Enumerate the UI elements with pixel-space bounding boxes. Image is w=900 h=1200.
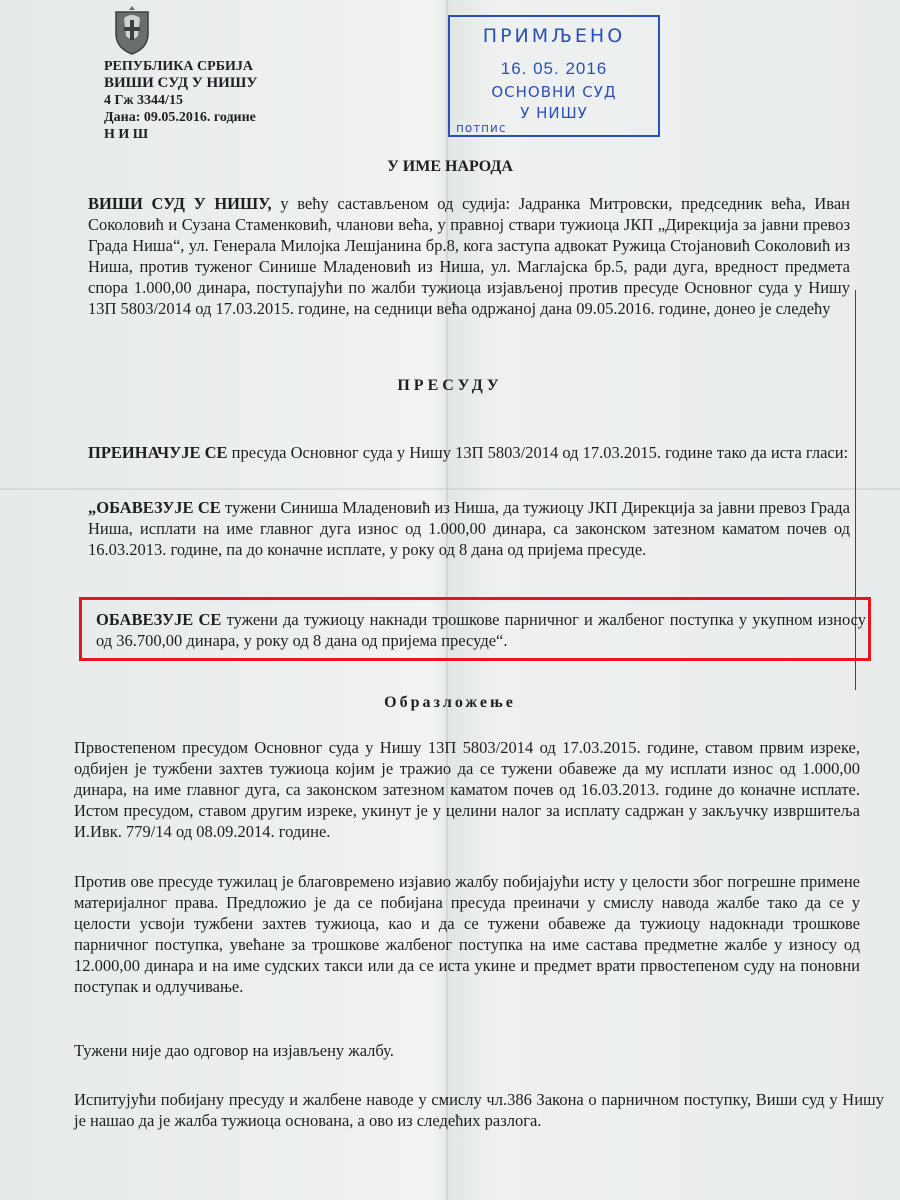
received-stamp: ПРИМЉЕНО 16. 05. 2016 ОСНОВНИ СУД У НИШУ…	[448, 15, 660, 137]
intro-paragraph: ВИШИ СУД У НИШУ, у већу састављеном од с…	[88, 193, 850, 319]
stamp-court-line2: У НИШУ	[450, 106, 658, 121]
document-date: Дана: 09.05.2016. године	[104, 109, 257, 126]
city-name: Н И Ш	[104, 126, 257, 143]
reasoning-paragraph-3: Тужени није дао одговор на изјављену жал…	[74, 1040, 860, 1061]
court-name: ВИШИ СУД У НИШУ	[104, 75, 257, 92]
paper-fold-horizontal	[0, 488, 900, 490]
court-header: РЕПУБЛИКА СРБИЈА ВИШИ СУД У НИШУ 4 Гж 33…	[104, 58, 257, 143]
verdict-p1-text: пресуда Основног суда у Нишу 13П 5803/20…	[228, 443, 849, 462]
reasoning-paragraph-2: Против ове пресуде тужилац је благовреме…	[74, 871, 860, 997]
court-document-page: РЕПУБЛИКА СРБИЈА ВИШИ СУД У НИШУ 4 Гж 33…	[0, 0, 900, 1200]
verdict-p2-lead: „ОБАВЕЗУЈЕ СЕ	[88, 498, 221, 517]
verdict-paragraph-3: ОБАВЕЗУЈЕ СЕ тужени да тужиоцу накнади т…	[96, 609, 866, 651]
intro-lead: ВИШИ СУД У НИШУ,	[88, 194, 272, 213]
stamp-court-line1: ОСНОВНИ СУД	[450, 85, 658, 100]
verdict-p3-lead: ОБАВЕЗУЈЕ СЕ	[96, 610, 221, 629]
stamp-signature-label: потпис	[456, 121, 506, 135]
verdict-heading: ПРЕСУДУ	[0, 377, 900, 395]
verdict-paragraph-2: „ОБАВЕЗУЈЕ СЕ тужени Синиша Младеновић и…	[88, 497, 850, 560]
serbian-coat-of-arms-icon	[112, 6, 152, 56]
verdict-p1-lead: ПРЕИНАЧУЈЕ СЕ	[88, 443, 228, 462]
stamp-date: 16. 05. 2016	[450, 59, 658, 79]
verdict-paragraph-1: ПРЕИНАЧУЈЕ СЕ пресуда Основног суда у Ни…	[88, 442, 850, 463]
intro-heading: У ИМЕ НАРОДА	[0, 158, 900, 176]
case-number: 4 Гж 3344/15	[104, 92, 257, 109]
reasoning-heading: Образложење	[0, 694, 900, 712]
reasoning-paragraph-4: Испитујући побијану пресуду и жалбене на…	[74, 1089, 884, 1131]
country-name: РЕПУБЛИКА СРБИЈА	[104, 58, 257, 75]
stamp-title: ПРИМЉЕНО	[450, 25, 658, 47]
reasoning-paragraph-1: Првостепеном пресудом Основног суда у Ни…	[74, 737, 860, 842]
